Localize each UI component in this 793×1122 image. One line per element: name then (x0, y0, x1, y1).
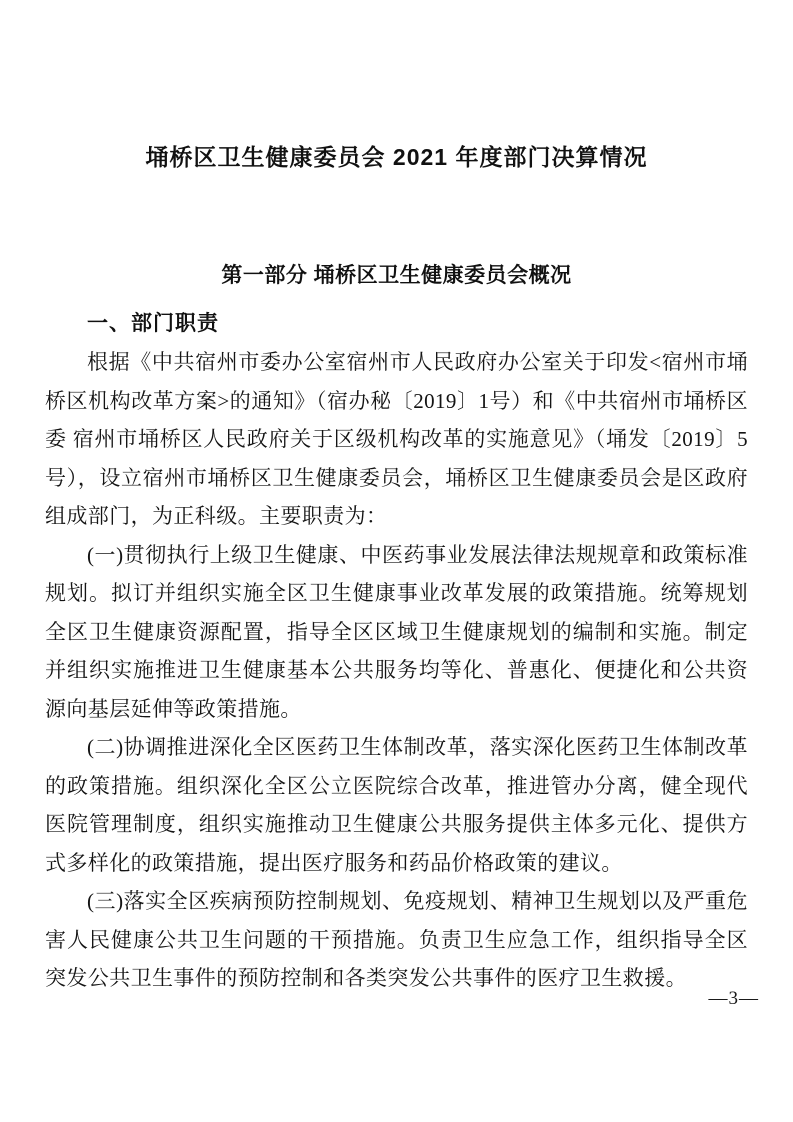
paragraph-duty-2: (二)协调推进深化全区医药卫生体制改革，落实深化医药卫生体制改革的政策措施。组织… (45, 728, 748, 882)
document-page: 埇桥区卫生健康委员会 2021 年度部门决算情况 第一部分 埇桥区卫生健康委员会… (0, 0, 793, 1122)
section-heading-department-duties: 一、部门职责 (45, 305, 748, 343)
document-title: 埇桥区卫生健康委员会 2021 年度部门决算情况 (45, 141, 748, 173)
paragraph-duty-3: (三)落实全区疾病预防控制规划、免疫规划、精神卫生规划以及严重危害人民健康公共卫… (45, 882, 748, 998)
document-content: 埇桥区卫生健康委员会 2021 年度部门决算情况 第一部分 埇桥区卫生健康委员会… (0, 141, 793, 998)
paragraph-basis: 根据《中共宿州市委办公室宿州市人民政府办公室关于印发<宿州市埇桥区机构改革方案>… (45, 343, 748, 536)
page-number: —3— (709, 988, 760, 1010)
body-text: 根据《中共宿州市委办公室宿州市人民政府办公室关于印发<宿州市埇桥区机构改革方案>… (45, 343, 748, 998)
part-one-heading: 第一部分 埇桥区卫生健康委员会概况 (45, 262, 748, 290)
paragraph-duty-1: (一)贯彻执行上级卫生健康、中医药事业发展法律法规规章和政策标准规划。拟订并组织… (45, 536, 748, 729)
